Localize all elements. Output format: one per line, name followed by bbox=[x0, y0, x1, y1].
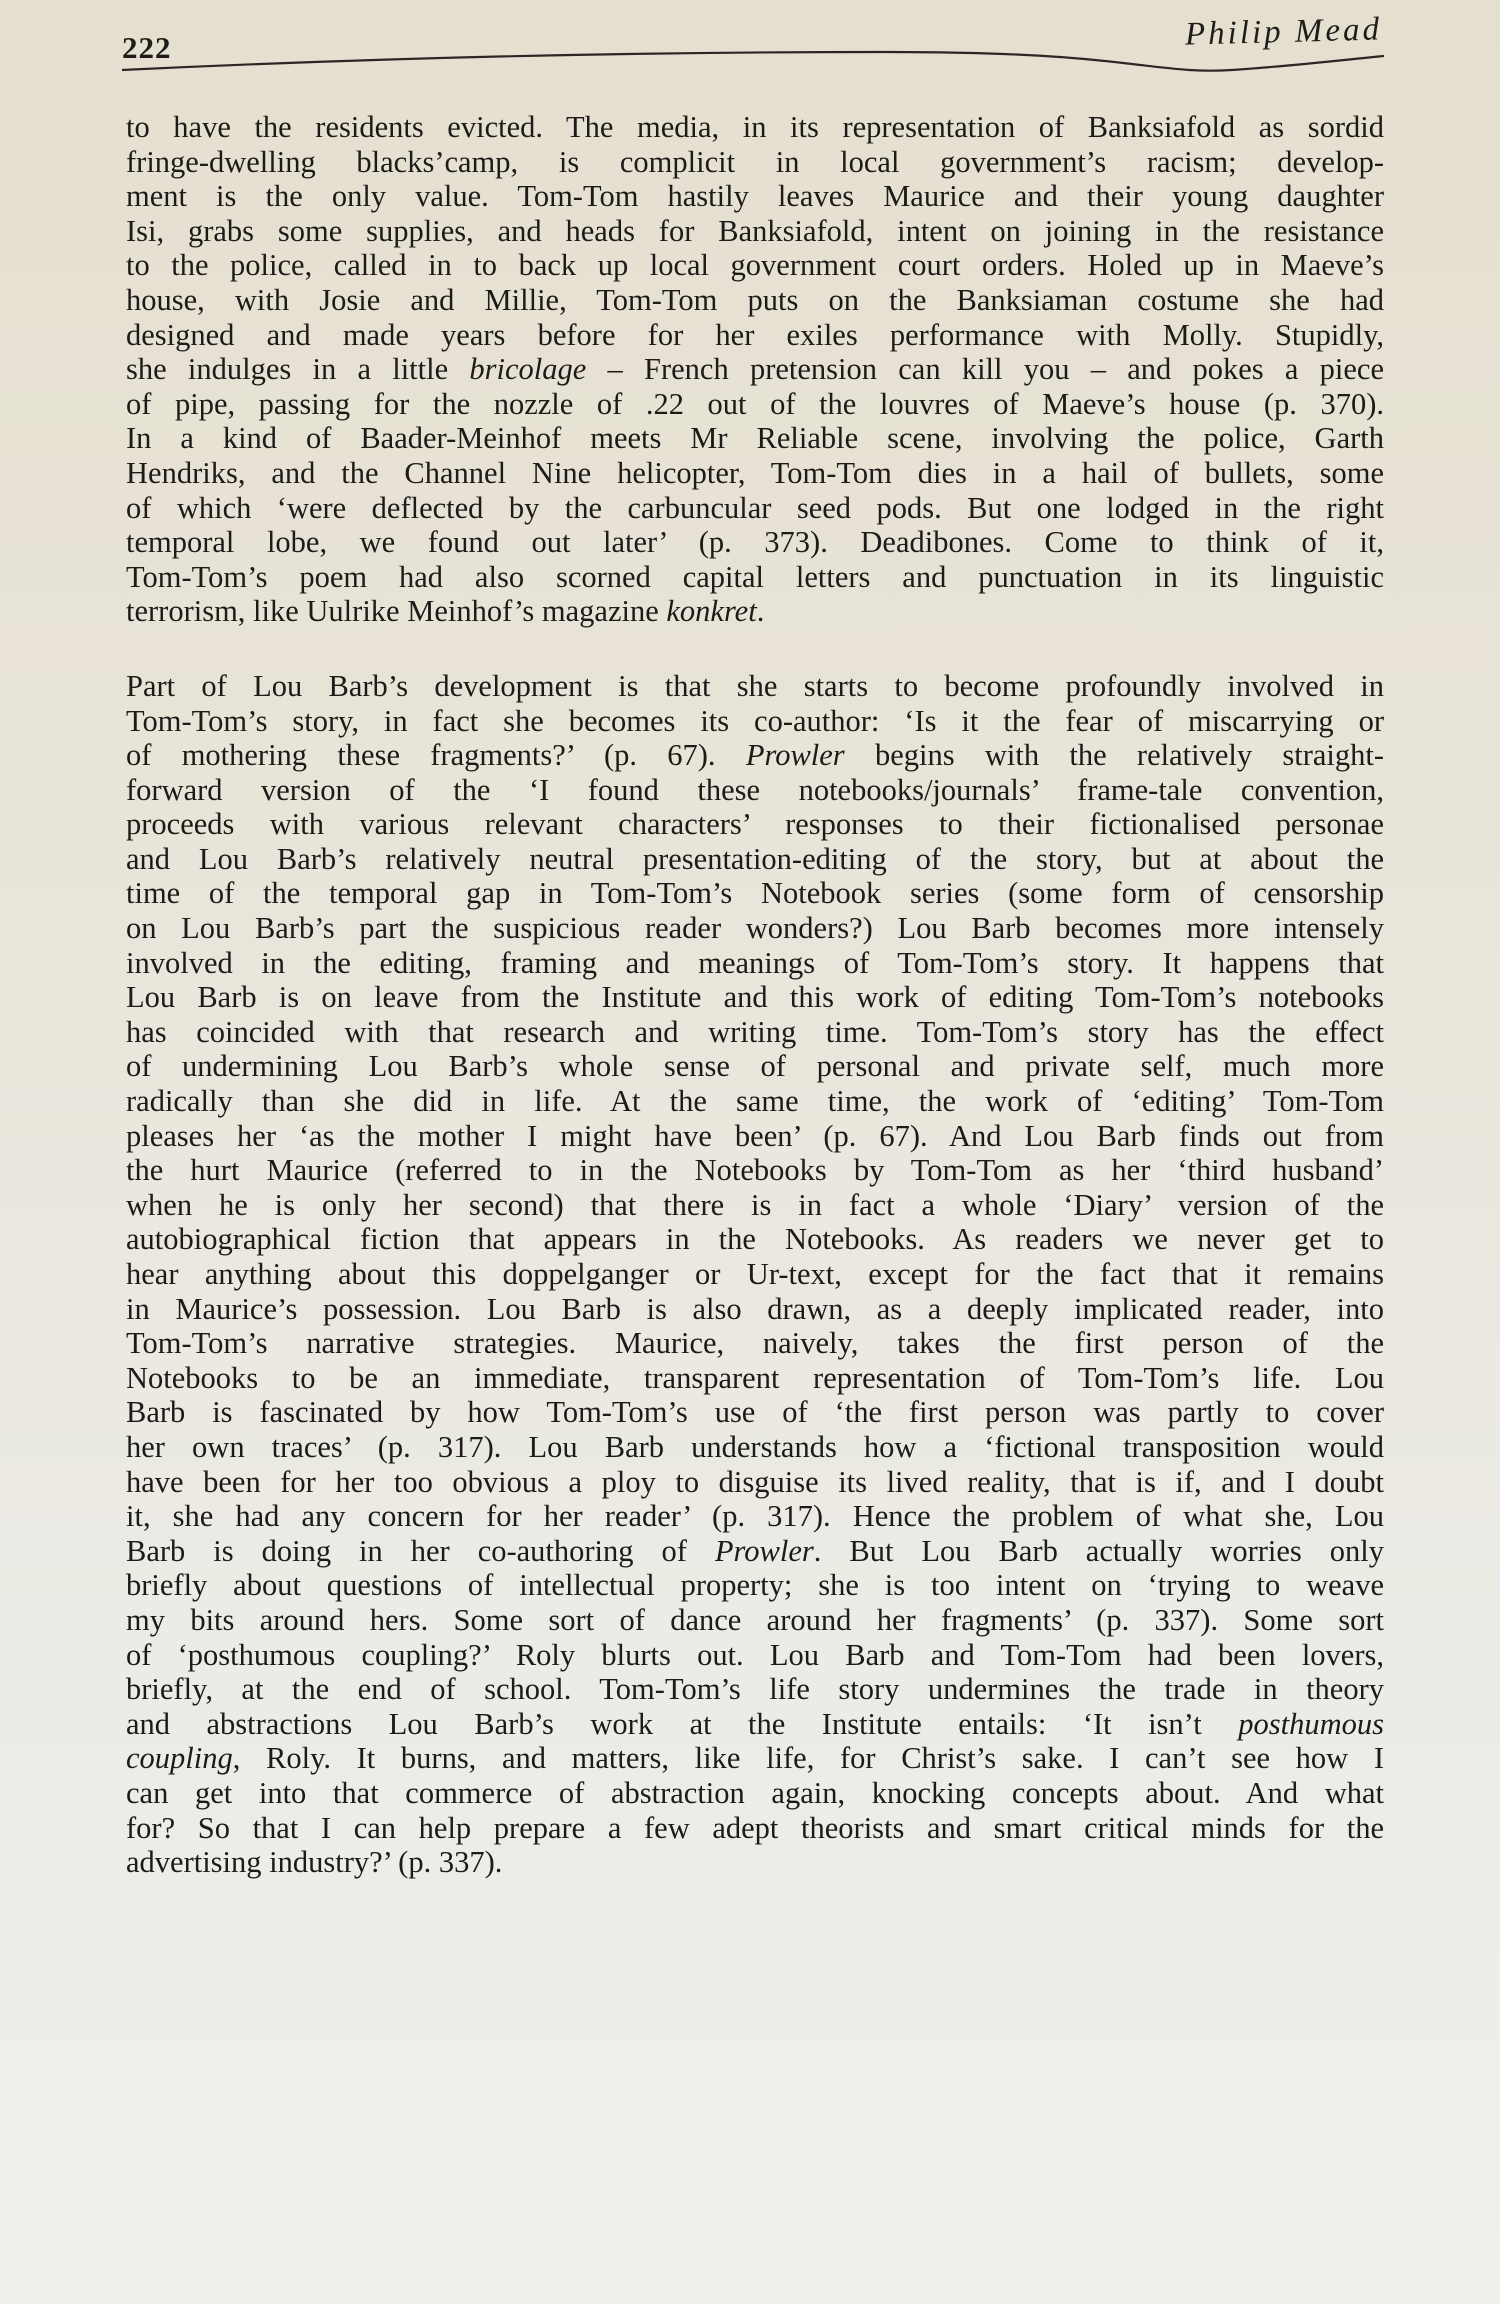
text-line: autobiographical fiction that appears in… bbox=[126, 1222, 1384, 1257]
text-segment: pleases her ‘as the mother I might have … bbox=[126, 1119, 1384, 1153]
text-line: Tom-Tom’s poem had also scorned capital … bbox=[126, 560, 1384, 595]
italic-text: posthumous bbox=[1238, 1707, 1384, 1741]
text-line: Tom-Tom’s narrative strategies. Maurice,… bbox=[126, 1326, 1384, 1361]
text-line: terrorism, like Uulrike Meinhof’s magazi… bbox=[126, 594, 1384, 629]
text-line: has coincided with that research and wri… bbox=[126, 1015, 1384, 1050]
text-segment: can get into that commerce of abstractio… bbox=[126, 1776, 1384, 1810]
text-segment: house, with Josie and Millie, Tom-Tom pu… bbox=[126, 283, 1384, 317]
text-segment: it, she had any concern for her reader’ … bbox=[126, 1499, 1384, 1533]
text-segment: proceeds with various relevant character… bbox=[126, 807, 1384, 841]
text-segment: Notebooks to be an immediate, transparen… bbox=[126, 1361, 1384, 1395]
text-segment: advertising industry?’ (p. 337). bbox=[126, 1845, 502, 1879]
text-line: on Lou Barb’s part the suspicious reader… bbox=[126, 911, 1384, 946]
text-line: of pipe, passing for the nozzle of .22 o… bbox=[126, 387, 1384, 422]
text-line: advertising industry?’ (p. 337). bbox=[126, 1845, 1384, 1880]
text-segment: forward version of the ‘I found these no… bbox=[126, 773, 1384, 807]
text-segment: her own traces’ (p. 317). Lou Barb under… bbox=[126, 1430, 1384, 1464]
text-segment: Hendriks, and the Channel Nine helicopte… bbox=[126, 456, 1384, 490]
text-line: my bits around hers. Some sort of dance … bbox=[126, 1603, 1384, 1638]
text-segment: temporal lobe, we found out later’ (p. 3… bbox=[126, 525, 1384, 559]
text-segment: terrorism, like Uulrike Meinhof’s magazi… bbox=[126, 594, 666, 628]
text-segment: – French pretension can kill you – and p… bbox=[586, 352, 1384, 386]
text-line: in Maurice’s possession. Lou Barb is als… bbox=[126, 1292, 1384, 1327]
text-segment: has coincided with that research and wri… bbox=[126, 1015, 1384, 1049]
text-segment: and Lou Barb’s relatively neutral presen… bbox=[126, 842, 1384, 876]
text-line: Tom-Tom’s story, in fact she becomes its… bbox=[126, 704, 1384, 739]
text-line: Lou Barb is on leave from the Institute … bbox=[126, 980, 1384, 1015]
text-line: Barb is fascinated by how Tom-Tom’s use … bbox=[126, 1395, 1384, 1430]
text-line: involved in the editing, framing and mea… bbox=[126, 946, 1384, 981]
text-line: forward version of the ‘I found these no… bbox=[126, 773, 1384, 808]
text-segment: to have the residents evicted. The media… bbox=[126, 110, 1384, 144]
text-line: Hendriks, and the Channel Nine helicopte… bbox=[126, 456, 1384, 491]
body-text: to have the residents evicted. The media… bbox=[126, 110, 1384, 1880]
text-line: and Lou Barb’s relatively neutral presen… bbox=[126, 842, 1384, 877]
text-line: pleases her ‘as the mother I might have … bbox=[126, 1119, 1384, 1154]
text-segment: of pipe, passing for the nozzle of .22 o… bbox=[126, 387, 1384, 421]
text-segment: of which ‘were deflected by the carbuncu… bbox=[126, 491, 1384, 525]
text-line: proceeds with various relevant character… bbox=[126, 807, 1384, 842]
italic-text: Prowler bbox=[715, 1534, 814, 1568]
text-segment: of mothering these fragments?’ (p. 67). bbox=[126, 738, 746, 772]
text-line: Barb is doing in her co-authoring of Pro… bbox=[126, 1534, 1384, 1569]
text-segment: . bbox=[757, 594, 765, 628]
text-line: house, with Josie and Millie, Tom-Tom pu… bbox=[126, 283, 1384, 318]
text-segment: Lou Barb is on leave from the Institute … bbox=[126, 980, 1384, 1014]
text-segment: have been for her too obvious a ploy to … bbox=[126, 1465, 1384, 1499]
text-segment: briefly about questions of intellectual … bbox=[126, 1568, 1384, 1602]
text-line: time of the temporal gap in Tom-Tom’s No… bbox=[126, 876, 1384, 911]
text-segment: of ‘posthumous coupling?’ Roly blurts ou… bbox=[126, 1638, 1384, 1672]
text-segment: , Roly. It burns, and matters, like life… bbox=[233, 1741, 1384, 1775]
text-segment: she indulges in a little bbox=[126, 352, 469, 386]
text-segment: radically than she did in life. At the s… bbox=[126, 1084, 1384, 1118]
text-segment: Tom-Tom’s story, in fact she becomes its… bbox=[126, 704, 1384, 738]
text-line: of undermining Lou Barb’s whole sense of… bbox=[126, 1049, 1384, 1084]
text-line: coupling, Roly. It burns, and matters, l… bbox=[126, 1741, 1384, 1776]
text-line: hear anything about this doppelganger or… bbox=[126, 1257, 1384, 1292]
text-segment: hear anything about this doppelganger or… bbox=[126, 1257, 1384, 1291]
text-segment: my bits around hers. Some sort of dance … bbox=[126, 1603, 1384, 1637]
book-page: 222 Philip Mead to have the residents ev… bbox=[0, 0, 1500, 2304]
text-line: temporal lobe, we found out later’ (p. 3… bbox=[126, 525, 1384, 560]
italic-text: coupling bbox=[126, 1741, 233, 1775]
text-line: of which ‘were deflected by the carbuncu… bbox=[126, 491, 1384, 526]
text-line: Notebooks to be an immediate, transparen… bbox=[126, 1361, 1384, 1396]
text-segment: Tom-Tom’s poem had also scorned capital … bbox=[126, 560, 1384, 594]
text-segment: Tom-Tom’s narrative strategies. Maurice,… bbox=[126, 1326, 1384, 1360]
text-segment: briefly, at the end of school. Tom-Tom’s… bbox=[126, 1672, 1384, 1706]
text-line: can get into that commerce of abstractio… bbox=[126, 1776, 1384, 1811]
text-line: to have the residents evicted. The media… bbox=[126, 110, 1384, 145]
text-segment: begins with the relatively straight- bbox=[845, 738, 1384, 772]
text-segment: Isi, grabs some supplies, and heads for … bbox=[126, 214, 1384, 248]
text-segment: of undermining Lou Barb’s whole sense of… bbox=[126, 1049, 1384, 1083]
text-line: Part of Lou Barb’s development is that s… bbox=[126, 669, 1384, 704]
text-line: radically than she did in life. At the s… bbox=[126, 1084, 1384, 1119]
text-line: her own traces’ (p. 317). Lou Barb under… bbox=[126, 1430, 1384, 1465]
text-segment: Barb is fascinated by how Tom-Tom’s use … bbox=[126, 1395, 1384, 1429]
text-segment: the hurt Maurice (referred to in the Not… bbox=[126, 1153, 1384, 1187]
text-line: In a kind of Baader-Meinhof meets Mr Rel… bbox=[126, 421, 1384, 456]
text-line: designed and made years before for her e… bbox=[126, 318, 1384, 353]
text-line: of mothering these fragments?’ (p. 67). … bbox=[126, 738, 1384, 773]
italic-text: Prowler bbox=[746, 738, 845, 772]
text-line: and abstractions Lou Barb’s work at the … bbox=[126, 1707, 1384, 1742]
text-line: to the police, called in to back up loca… bbox=[126, 248, 1384, 283]
text-segment: time of the temporal gap in Tom-Tom’s No… bbox=[126, 876, 1384, 910]
paragraph-2: Part of Lou Barb’s development is that s… bbox=[126, 669, 1384, 1880]
text-line: it, she had any concern for her reader’ … bbox=[126, 1499, 1384, 1534]
text-segment: involved in the editing, framing and mea… bbox=[126, 946, 1384, 980]
text-segment: fringe-dwelling blacks’camp, is complici… bbox=[126, 145, 1384, 179]
text-segment: ment is the only value. Tom-Tom hastily … bbox=[126, 179, 1384, 213]
italic-text: bricolage bbox=[469, 352, 586, 386]
text-segment: on Lou Barb’s part the suspicious reader… bbox=[126, 911, 1384, 945]
italic-text: konkret bbox=[666, 594, 756, 628]
text-line: of ‘posthumous coupling?’ Roly blurts ou… bbox=[126, 1638, 1384, 1673]
text-line: Isi, grabs some supplies, and heads for … bbox=[126, 214, 1384, 249]
text-line: she indulges in a little bricolage – Fre… bbox=[126, 352, 1384, 387]
paragraph-1: to have the residents evicted. The media… bbox=[126, 110, 1384, 629]
text-segment: in Maurice’s possession. Lou Barb is als… bbox=[126, 1292, 1384, 1326]
text-line: the hurt Maurice (referred to in the Not… bbox=[126, 1153, 1384, 1188]
text-segment: autobiographical fiction that appears in… bbox=[126, 1222, 1384, 1256]
text-line: for? So that I can help prepare a few ad… bbox=[126, 1811, 1384, 1846]
text-segment: when he is only her second) that there i… bbox=[126, 1188, 1384, 1222]
text-segment: for? So that I can help prepare a few ad… bbox=[126, 1811, 1384, 1845]
text-line: fringe-dwelling blacks’camp, is complici… bbox=[126, 145, 1384, 180]
text-line: briefly, at the end of school. Tom-Tom’s… bbox=[126, 1672, 1384, 1707]
text-segment: designed and made years before for her e… bbox=[126, 318, 1384, 352]
text-segment: . But Lou Barb actually worries only bbox=[814, 1534, 1384, 1568]
text-segment: Part of Lou Barb’s development is that s… bbox=[126, 669, 1384, 703]
header-rule bbox=[122, 40, 1384, 80]
text-line: when he is only her second) that there i… bbox=[126, 1188, 1384, 1223]
text-segment: to the police, called in to back up loca… bbox=[126, 248, 1384, 282]
text-segment: Barb is doing in her co-authoring of bbox=[126, 1534, 715, 1568]
text-segment: In a kind of Baader-Meinhof meets Mr Rel… bbox=[126, 421, 1384, 455]
text-line: ment is the only value. Tom-Tom hastily … bbox=[126, 179, 1384, 214]
text-line: briefly about questions of intellectual … bbox=[126, 1568, 1384, 1603]
text-line: have been for her too obvious a ploy to … bbox=[126, 1465, 1384, 1500]
text-segment: and abstractions Lou Barb’s work at the … bbox=[126, 1707, 1238, 1741]
